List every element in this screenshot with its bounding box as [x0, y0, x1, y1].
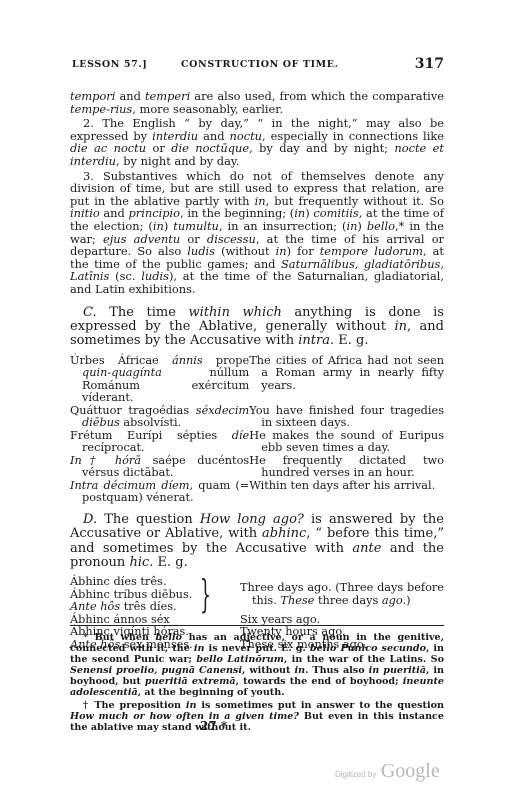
footnote-star: * But when bello has an adjective, or a …	[70, 632, 444, 698]
footnote-rule	[70, 625, 444, 626]
example-row: Frétum Eurípi sépties díe recíprocat. He…	[70, 430, 444, 455]
signature-mark: 27 *	[200, 719, 227, 733]
paragraph-2: 2. The English “ by day,” “ in the night…	[70, 117, 444, 167]
section-label: D.	[83, 512, 97, 527]
example-row: In† hórā saépe ducéntos vérsus dictābat.…	[70, 455, 444, 480]
example-row: Quáttuor tragoédias séxdecim diēbus abso…	[70, 405, 444, 430]
paragraph-1: tempori and temperi are also used, from …	[70, 90, 444, 115]
page-number: 317	[415, 56, 444, 72]
section-d: D. The question How long ago? is answere…	[70, 513, 444, 571]
footnote-dagger: † The preposition in is sometimes put in…	[70, 700, 444, 733]
google-watermark: Digitized by Google	[335, 760, 440, 783]
brace-icon: }	[200, 576, 218, 614]
section-label: C.	[83, 305, 97, 320]
example-row: Intra décimum díem, quam (= postquam) vé…	[70, 480, 444, 505]
running-header: LESSON 57.] CONSTRUCTION OF TIME. 317	[70, 57, 444, 73]
example-row: Úrbes Áfricae ánnis prope quin-quagínta …	[70, 355, 444, 405]
section-c: C. The time within which anything is don…	[70, 306, 444, 349]
paragraph-3: 3. Substantives which do not of themselv…	[70, 170, 444, 296]
main-text: tempori and temperi are also used, from …	[70, 90, 444, 651]
example-group: Ábhinc díes três. Ábhinc tríbus diēbus. …	[70, 576, 444, 614]
chapter-title: CONSTRUCTION OF TIME.	[181, 59, 338, 70]
google-logo: Google	[381, 760, 440, 782]
examples-c: Úrbes Áfricae ánnis prope quin-quagínta …	[70, 355, 444, 505]
lesson-label: LESSON 57.]	[72, 59, 147, 70]
footnotes: * But when bello has an adjective, or a …	[70, 632, 444, 735]
